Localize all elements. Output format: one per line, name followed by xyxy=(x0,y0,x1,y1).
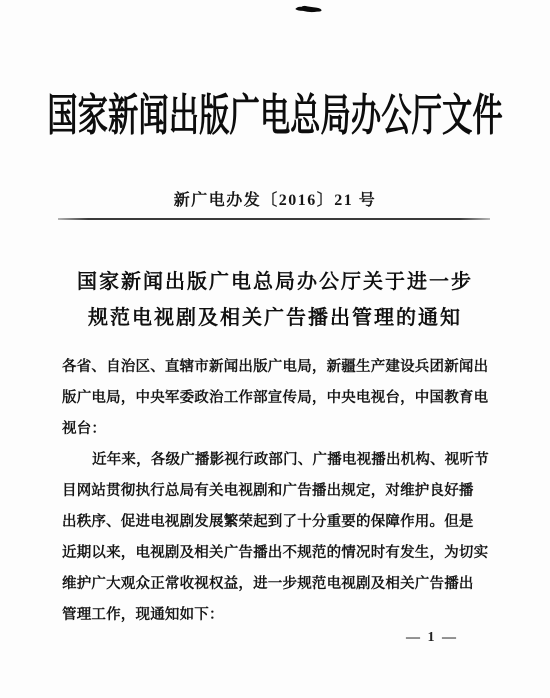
body-line: 视台： xyxy=(62,414,492,445)
body-line: 管理工作，现通知如下： xyxy=(62,600,492,631)
agency-header-title: 国家新闻出版广电总局办公厅文件 xyxy=(47,90,502,142)
ink-smudge-icon xyxy=(293,3,325,15)
body-line: 出秩序、促进电视剧发展繁荣起到了十分重要的保障作用。但是 xyxy=(62,507,492,538)
scanned-document-page: 国家新闻出版广电总局办公厅文件 新广电办发〔2016〕21 号 国家新闻出版广电… xyxy=(0,0,550,698)
notice-title-line2: 规范电视剧及相关广告播出管理的通知 xyxy=(0,301,550,330)
body-line: 版广电局，中央军委政治工作部宣传局，中央电视台，中国教育电 xyxy=(62,383,492,414)
body-line: 近年来，各级广播影视行政部门、广播电视播出机构、视听节 xyxy=(62,445,492,476)
body-line: 目网站贯彻执行总局有关电视剧和广告播出规定，对维护良好播 xyxy=(62,476,492,507)
notice-title-line1: 国家新闻出版广电总局办公厅关于进一步 xyxy=(0,265,550,294)
document-body: 各省、自治区、直辖市新闻出版广电局，新疆生产建设兵团新闻出 版广电局，中央军委政… xyxy=(62,352,492,631)
body-line: 各省、自治区、直辖市新闻出版广电局，新疆生产建设兵团新闻出 xyxy=(62,352,492,383)
header-divider-rule xyxy=(58,218,490,220)
body-line: 维护广大观众正常收视权益，进一步规范电视剧及相关广告播出 xyxy=(62,569,492,600)
body-line: 近期以来，电视剧及相关广告播出不规范的情况时有发生，为切实 xyxy=(62,538,492,569)
document-number: 新广电办发〔2016〕21 号 xyxy=(0,187,550,210)
page-number: — 1 — xyxy=(406,630,458,646)
